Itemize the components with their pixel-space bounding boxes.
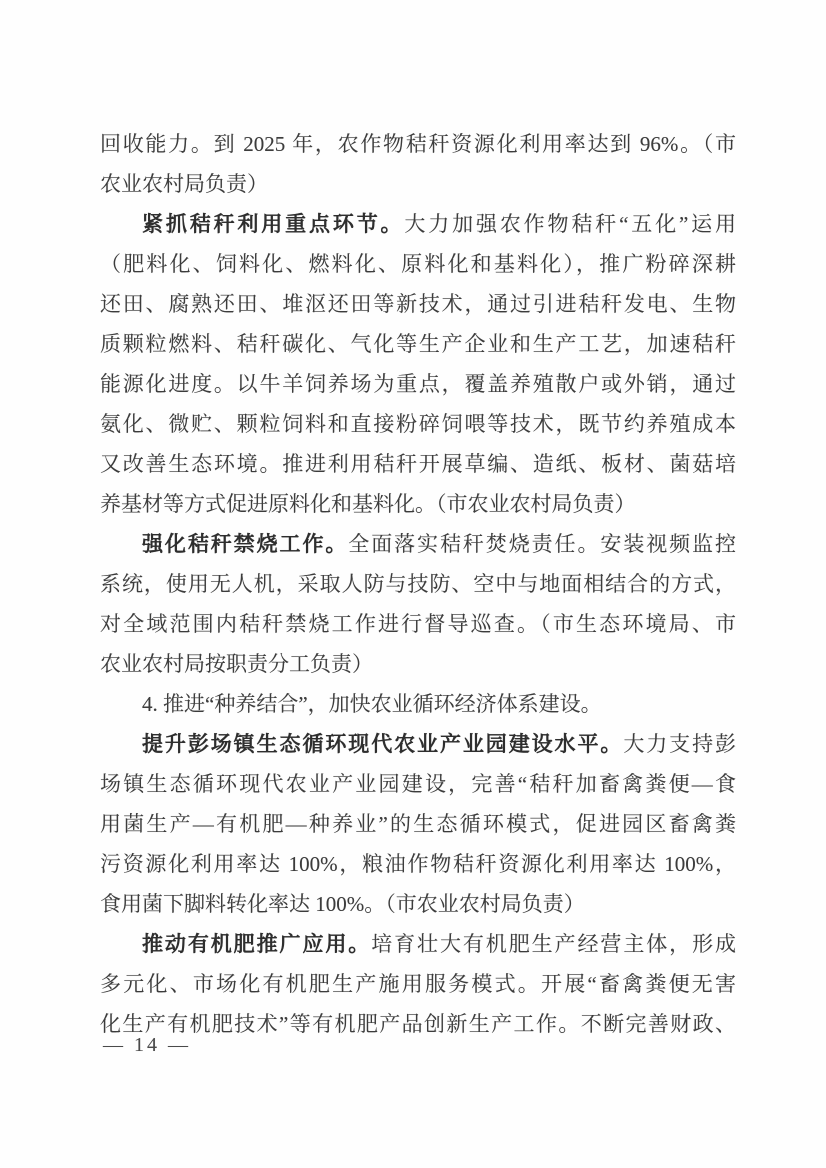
text-segment: （肥料化、饲料化、燃料化、原料化和基料化），推广粉碎深耕	[100, 252, 736, 276]
text-segment: 大力加强农作物秸秆“五化”运用	[404, 212, 736, 236]
text-line: 农业农村局负责）	[100, 164, 736, 204]
text-line: 紧抓秸秆利用重点环节。大力加强农作物秸秆“五化”运用	[100, 204, 736, 244]
text-segment: 4. 推进“种养结合”，加快农业循环经济体系建设。	[142, 692, 602, 716]
bold-heading-segment: 强化秸秆禁烧工作。	[142, 532, 348, 556]
text-segment: 氨化、微贮、颗粒饲料和直接粉碎饲喂等技术，既节约养殖成本	[100, 412, 736, 436]
text-line: 又改善生态环境。推进利用秸秆开展草编、造纸、板材、菌菇培	[100, 444, 736, 484]
text-line: （肥料化、饲料化、燃料化、原料化和基料化），推广粉碎深耕	[100, 244, 736, 284]
text-segment: 农业农村局按职责分工负责）	[100, 652, 373, 676]
bold-heading-segment: 紧抓秸秆利用重点环节。	[142, 212, 404, 236]
text-line: 回收能力。到 2025 年，农作物秸秆资源化利用率达到 96%。（市	[100, 124, 736, 164]
text-line: 氨化、微贮、颗粒饲料和直接粉碎饲喂等技术，既节约养殖成本	[100, 404, 736, 444]
text-segment: 农业农村局负责）	[100, 172, 268, 196]
text-segment: 多元化、市场化有机肥生产施用服务模式。开展“畜禽粪便无害	[100, 972, 736, 996]
text-line: 用菌生产—有机肥—种养业”的生态循环模式，促进园区畜禽粪	[100, 804, 736, 844]
text-segment: 质颗粒燃料、秸秆碳化、气化等生产企业和生产工艺，加速秸秆	[100, 332, 736, 356]
text-segment: 还田、腐熟还田、堆沤还田等新技术，通过引进秸秆发电、生物	[100, 292, 736, 316]
page-number: — 14 —	[103, 1030, 191, 1060]
text-line: 提升彭场镇生态循环现代农业产业园建设水平。大力支持彭	[100, 724, 736, 764]
text-line: 场镇生态循环现代农业产业园建设，完善“秸秆加畜禽粪便—食	[100, 764, 736, 804]
text-line: 还田、腐熟还田、堆沤还田等新技术，通过引进秸秆发电、生物	[100, 284, 736, 324]
text-segment: 能源化进度。以牛羊饲养场为重点，覆盖养殖散户或外销，通过	[100, 372, 736, 396]
text-segment: 培育壮大有机肥生产经营主体，形成	[371, 932, 736, 956]
text-line: 系统，使用无人机，采取人防与技防、空中与地面相结合的方式，	[100, 564, 736, 604]
text-segment: 全面落实秸秆焚烧责任。安装视频监控	[348, 532, 736, 556]
text-segment: 食用菌下脚料转化率达 100%。（市农业农村局负责）	[100, 892, 585, 916]
text-line: 养基材等方式促进原料化和基料化。（市农业农村局负责）	[100, 484, 736, 524]
text-segment: 污资源化利用率达 100%，粮油作物秸秆资源化利用率达 100%，	[100, 852, 736, 876]
text-line: 食用菌下脚料转化率达 100%。（市农业农村局负责）	[100, 884, 736, 924]
text-line: 对全域范围内秸秆禁烧工作进行督导巡查。（市生态环境局、市	[100, 604, 736, 644]
text-segment: 对全域范围内秸秆禁烧工作进行督导巡查。（市生态环境局、市	[100, 612, 736, 636]
text-line: 能源化进度。以牛羊饲养场为重点，覆盖养殖散户或外销，通过	[100, 364, 736, 404]
text-segment: 场镇生态循环现代农业产业园建设，完善“秸秆加畜禽粪便—食	[100, 772, 736, 796]
text-line: 推动有机肥推广应用。培育壮大有机肥生产经营主体，形成	[100, 924, 736, 964]
document-body: 回收能力。到 2025 年，农作物秸秆资源化利用率达到 96%。（市农业农村局负…	[100, 124, 736, 1044]
text-line: 农业农村局按职责分工负责）	[100, 644, 736, 684]
text-line: 质颗粒燃料、秸秆碳化、气化等生产企业和生产工艺，加速秸秆	[100, 324, 736, 364]
text-segment: 化生产有机肥技术”等有机肥产品创新生产工作。不断完善财政、	[100, 1012, 736, 1036]
bold-heading-segment: 推动有机肥推广应用。	[142, 932, 371, 956]
bold-heading-segment: 提升彭场镇生态循环现代农业产业园建设水平。	[142, 732, 623, 756]
text-segment: 又改善生态环境。推进利用秸秆开展草编、造纸、板材、菌菇培	[100, 452, 736, 476]
text-line: 污资源化利用率达 100%，粮油作物秸秆资源化利用率达 100%，	[100, 844, 736, 884]
text-line: 强化秸秆禁烧工作。全面落实秸秆焚烧责任。安装视频监控	[100, 524, 736, 564]
text-segment: 用菌生产—有机肥—种养业”的生态循环模式，促进园区畜禽粪	[100, 812, 736, 836]
text-line: 化生产有机肥技术”等有机肥产品创新生产工作。不断完善财政、	[100, 1004, 736, 1044]
document-page: 回收能力。到 2025 年，农作物秸秆资源化利用率达到 96%。（市农业农村局负…	[0, 0, 826, 1168]
text-segment: 回收能力。到 2025 年，农作物秸秆资源化利用率达到 96%。（市	[100, 132, 736, 156]
text-segment: 养基材等方式促进原料化和基料化。（市农业农村局负责）	[100, 492, 636, 516]
text-segment: 大力支持彭	[623, 732, 736, 756]
text-segment: 系统，使用无人机，采取人防与技防、空中与地面相结合的方式，	[100, 572, 736, 596]
text-line: 多元化、市场化有机肥生产施用服务模式。开展“畜禽粪便无害	[100, 964, 736, 1004]
text-line: 4. 推进“种养结合”，加快农业循环经济体系建设。	[100, 684, 736, 724]
